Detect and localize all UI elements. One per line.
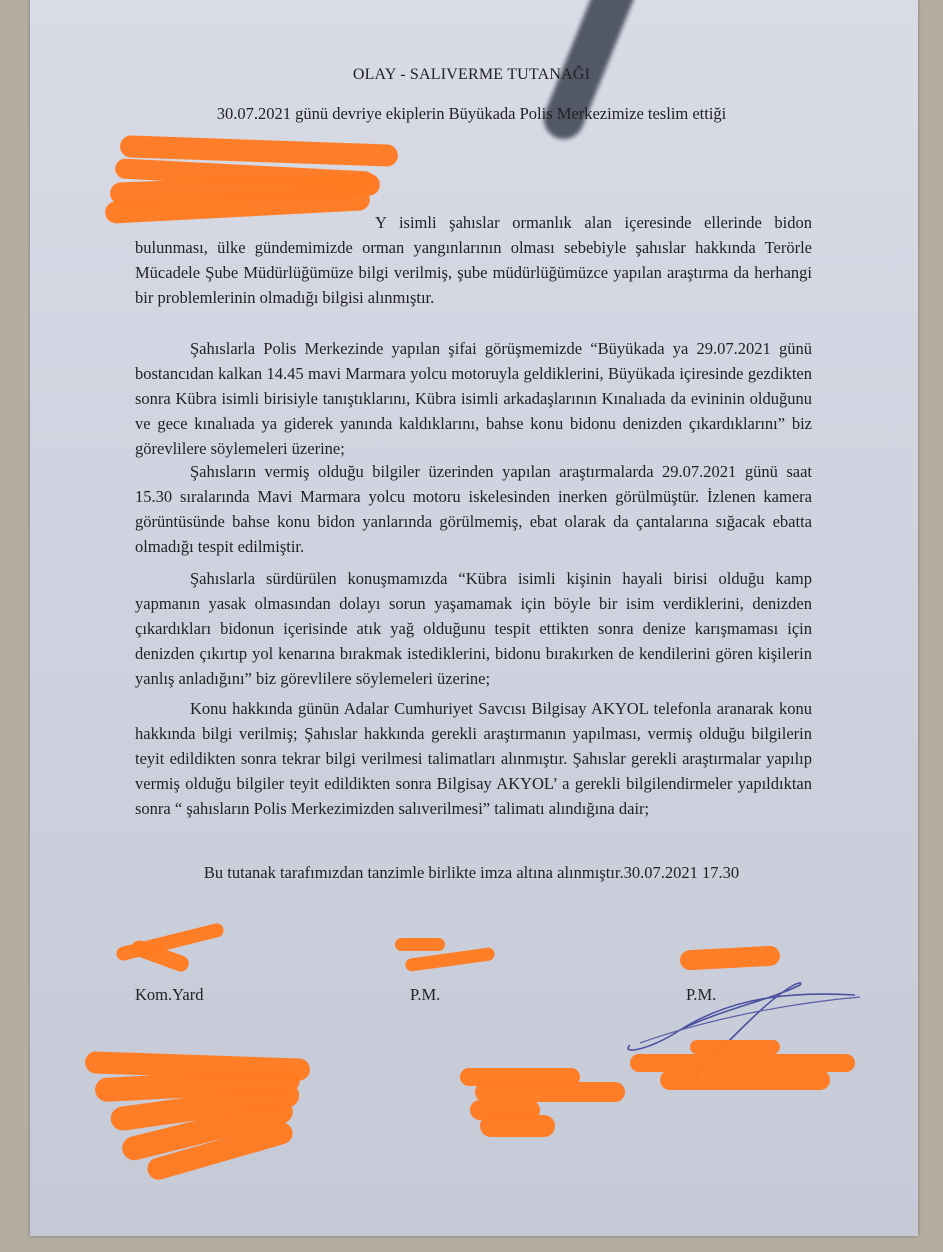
signatory-title-2: P.M.: [410, 985, 440, 1005]
paragraph-4: Şahıslarla sürdürülen konuşmamızda “Kübr…: [135, 566, 812, 691]
document-subtitle: 30.07.2021 günü devriye ekiplerin Büyüka…: [0, 101, 943, 126]
paragraph-3: Şahısların vermiş olduğu bilgiler üzerin…: [135, 459, 812, 559]
signatory-title-1: Kom.Yard: [135, 985, 203, 1005]
redaction-mark: [480, 1115, 555, 1137]
paragraph-2: Şahıslarla Polis Merkezinde yapılan şifa…: [135, 336, 812, 461]
closing-statement: Bu tutanak tarafımızdan tanzimle birlikt…: [0, 860, 943, 885]
redaction-mark: [395, 938, 445, 951]
redaction-mark: [690, 1040, 780, 1054]
redaction-mark: [475, 1082, 625, 1102]
redaction-mark: [660, 1070, 830, 1090]
paragraph-5: Konu hakkında günün Adalar Cumhuriyet Sa…: [135, 696, 812, 821]
document-title: OLAY - SALIVERME TUTANAĞI: [0, 62, 943, 87]
paragraph-1: Y isimli şahıslar ormanlık alan içeresin…: [135, 210, 812, 310]
